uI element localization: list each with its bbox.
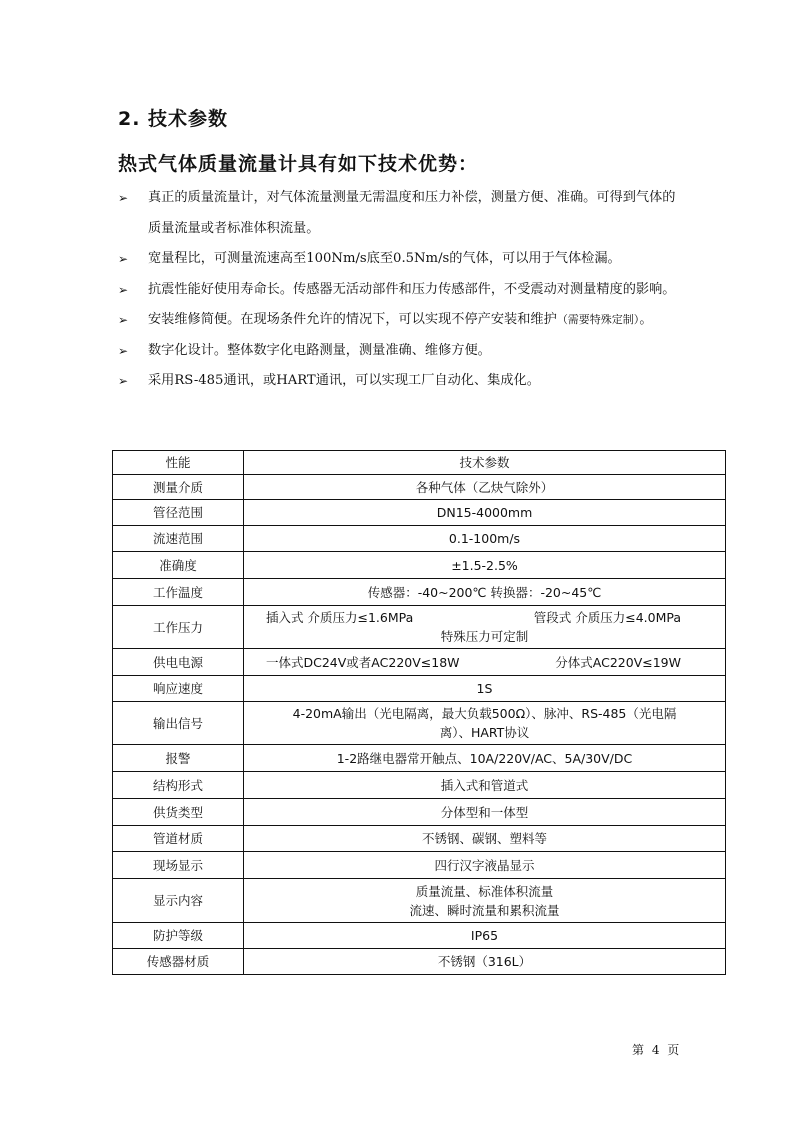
arrow-bullet-icon: ➢: [118, 275, 128, 306]
table-row: 传感器材质不锈钢（316L）: [113, 949, 726, 975]
arrow-bullet-icon: ➢: [118, 244, 128, 275]
table-row: 响应速度1S: [113, 676, 726, 702]
table-row: 供电电源 一体式DC24V或者AC220V≤18W分体式AC220V≤19W: [113, 649, 726, 676]
table-row: 管径范围DN15-4000mm: [113, 500, 726, 526]
header-cell: 技术参数: [244, 451, 726, 475]
table-row: 防护等级IP65: [113, 923, 726, 949]
table-row: 报警1-2路继电器常开触点、10A/220V/AC、5A/30V/DC: [113, 745, 726, 772]
advantages-heading: 热式气体质量流量计具有如下技术优势：: [118, 149, 478, 176]
table-row: 工作温度传感器：-40~200℃ 转换器：-20~45℃: [113, 579, 726, 606]
table-header-row: 性能 技术参数: [113, 451, 726, 475]
advantages-list: ➢真正的质量流量计，对气体流量测量无需温度和压力补偿，测量方便、准确。可得到气体…: [118, 183, 688, 397]
table-row: 显示内容 质量流量、标准体积流量流速、瞬时流量和累积流量: [113, 879, 726, 923]
arrow-bullet-icon: ➢: [118, 336, 128, 367]
arrow-bullet-icon: ➢: [118, 305, 128, 336]
arrow-bullet-icon: ➢: [118, 183, 128, 214]
table-row: 现场显示四行汉字液晶显示: [113, 852, 726, 879]
table-row: 供货类型分体型和一体型: [113, 799, 726, 826]
table-row: 结构形式插入式和管道式: [113, 772, 726, 799]
spec-table: 性能 技术参数 测量介质各种气体（乙炔气除外） 管径范围DN15-4000mm …: [112, 450, 726, 975]
page-number: 第 4 页: [632, 1041, 679, 1058]
list-item: ➢数字化设计。整体数字化电路测量，测量准确、维修方便。: [118, 336, 688, 367]
table-row: 测量介质各种气体（乙炔气除外）: [113, 475, 726, 500]
table-row: 管道材质不锈钢、碳钢、塑料等: [113, 826, 726, 852]
table-row: 流速范围0.1-100m/s: [113, 526, 726, 552]
section-title: 2. 技术参数: [118, 104, 228, 131]
list-item: ➢安装维修简便。在现场条件允许的情况下，可以实现不停产安装和维护（需要特殊定制）…: [118, 305, 688, 336]
table-row: 工作压力 插入式 介质压力≤1.6MPa管段式 介质压力≤4.0MPa 特殊压力…: [113, 606, 726, 649]
arrow-bullet-icon: ➢: [118, 366, 128, 397]
list-item: ➢宽量程比，可测量流速高至100Nm/s底至0.5Nm/s的气体，可以用于气体检…: [118, 244, 688, 275]
header-cell: 性能: [113, 451, 244, 475]
list-item: ➢采用RS-485通讯，或HART通讯，可以实现工厂自动化、集成化。: [118, 366, 688, 397]
table-row: 输出信号 4-20mA输出（光电隔离，最大负载500Ω）、脉冲、RS-485（光…: [113, 702, 726, 745]
list-item: ➢真正的质量流量计，对气体流量测量无需温度和压力补偿，测量方便、准确。可得到气体…: [118, 183, 688, 244]
list-item: ➢抗震性能好使用寿命长。传感器无活动部件和压力传感部件，不受震动对测量精度的影响…: [118, 275, 688, 306]
table-row: 准确度±1.5-2.5%: [113, 552, 726, 579]
